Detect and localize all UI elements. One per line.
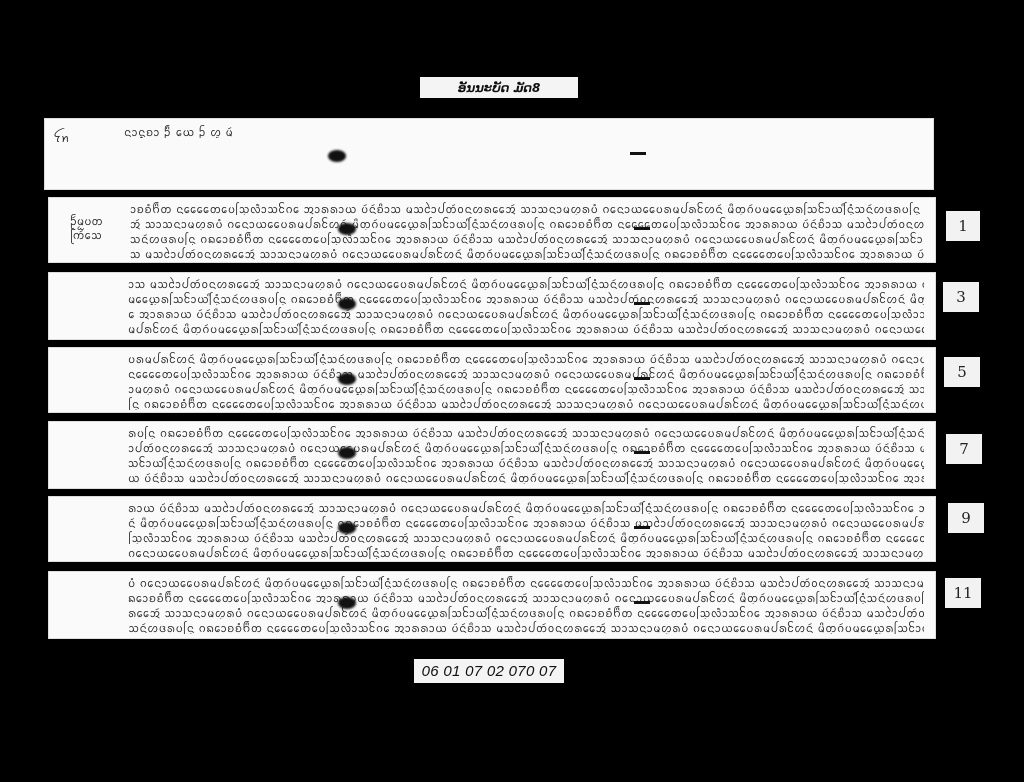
script-line: ᩕᨶᩩ ᨣᨦᩮᩣᨧᨧᩴᨤᩦᨲ ᨶᩯᩯᨲᩮᨷᩕᩈᩬᩃᩫᩣᩈᩰᨣᩮ ᩋᩣᩁᩁᩣᨿ ᨷ… — [128, 396, 924, 410]
manuscript-leaf: ᩐᩢᨾᩬᨷᨲ ᨠᩕᩢᩈᩮᩣᨧᨧᩴᨤᩦᨲ ᨶᩯᩯᨲᩮᨷᩕᩈᩬᩃᩫᩣᩈᩰᨣᩮ ᩋᩣᩁ… — [48, 197, 936, 263]
script-line: ᨾᩯ᩠ᨿᩬᩁᩕᩈᩰᩣᨿᩕᩦᨶᩩᩴᩈᨶᩢᩉᨴᩁᨷᩕᨶᩩ ᨣᨦᩮᩣᨧᨧᩴᨤᩦᨲ ᨶᩯ… — [128, 291, 924, 305]
binding-mark — [634, 227, 650, 230]
page-number-label: 7 — [946, 434, 982, 464]
script-line: ᨶᩯᩯᨲᩮᨷᩕᩈᩬᩃᩫᩣᩈᩰᨣᩮ ᩋᩣᩁᩁᩣᨿ ᨷᩢᨶᩢᨧᩦᩣᩈ ᨾᩈᩱᩣᨸᨲᩢ… — [128, 366, 924, 380]
binding-mark — [634, 302, 650, 305]
script-line: ᩣᨾᩉᩬᩁᨷᩴ ᨣᩮᨶᩣᨿᩯᨷᩁᨾᨸᩁᩰᩉᨶᩢ ᨾᩦᨲᩬᨣᩢᨷᨾᩯ᩠ᨿᩬᩁᩕᩈᩰ… — [128, 381, 924, 395]
margin-note: ᩐᩢᨾᩬᨷᨲ ᨠᩕᩢᩈᩮ — [70, 215, 120, 243]
script-line: ᨶᩢ ᨾᩦᨲᩬᨣᩢᨷᨾᩯ᩠ᨿᩬᩁᩕᩈᩰᩣᨿᩕᩦᨶᩩᩴᩈᨶᩢᩉᨴᩁᨷᩕᨶᩩ ᨣᨦᩮ… — [128, 515, 924, 529]
manuscript-leaf: ᨷᩴ ᨣᩮᨶᩣᨿᩯᨷᩁᨾᨸᩁᩰᩉᨶᩢ ᨾᩦᨲᩬᨣᩢᨷᨾᩯ᩠ᨿᩬᩁᩕᩈᩰᩣᨿᩕᩦᨶ… — [48, 571, 936, 639]
binding-mark — [634, 526, 650, 529]
manuscript-id-label: 06 01 07 02 070 07 — [414, 659, 564, 683]
script-line: ᩮ ᩋᩣᩁᩁᩣᨿ ᨷᩢᨶᩢᨧᩦᩣᩈ ᨾᩈᩱᩣᨸᨲᩢᩅᨶᩉᩁᩯᩋᩢ ᩈᩣᩈᨶᩣᨾᩉ… — [128, 306, 924, 320]
page-number-label: 9 — [948, 503, 984, 533]
script-line: ᩋᩢ ᩈᩣᩈᨶᩣᨾᩉᩬᩁᨷᩴ ᨣᩮᨶᩣᨿᩯᨷᩁᨾᨸᩁᩰᩉᨶᩢ ᨾᩦᨲᩬᨣᩢᨷᨾᩯ… — [130, 216, 924, 230]
script-line: ᩁᨷᩕᨶᩩ ᨣᨦᩮᩣᨧᨧᩴᨤᩦᨲ ᨶᩯᩯᨲᩮᨷᩕᩈᩬᩃᩫᩣᩈᩰᨣᩮ ᩋᩣᩁᩁᩣᨿ… — [128, 425, 924, 439]
script-line: ᩁᩣᨿ ᨷᩢᨶᩢᨧᩦᩣᩈ ᨾᩈᩱᩣᨸᨲᩢᩅᨶᩉᩁᩯᩋᩢ ᩈᩣᩈᨶᩣᨾᩉᩬᩁᨷᩴ … — [128, 500, 924, 514]
script-line: ᨷᩁᨾᨸᩁᩰᩉᨶᩢ ᨾᩦᨲᩬᨣᩢᨷᨾᩯ᩠ᨿᩬᩁᩕᩈᩰᩣᨿᩕᩦᨶᩩᩴᩈᨶᩢᩉᨴᩁᨷ… — [128, 351, 924, 365]
binding-hole — [338, 597, 356, 609]
manuscript-leaf: ᩁᩣᨿ ᨷᩢᨶᩢᨧᩦᩣᩈ ᨾᩈᩱᩣᨸᨲᩢᩅᨶᩉᩁᩯᩋᩢ ᩈᩣᩈᨶᩣᨾᩉᩬᩁᨷᩴ … — [48, 496, 936, 562]
binding-hole — [328, 150, 346, 162]
margin-note: ꪼꪀ — [54, 132, 78, 146]
binding-hole — [338, 223, 356, 235]
binding-mark — [634, 601, 650, 604]
page-number-label: 11 — [945, 578, 981, 608]
script-line: ᨷᩴ ᨣᩮᨶᩣᨿᩯᨷᩁᨾᨸᩁᩰᩉᨶᩢ ᨾᩦᨲᩬᨣᩢᨷᨾᩯ᩠ᨿᩬᩁᩕᩈᩰᩣᨿᩕᩦᨶ… — [128, 575, 924, 589]
manuscript-leaf: ᩦᩣᩈ ᨾᩈᩱᩣᨸᨲᩢᩅᨶᩉᩁᩯᩋᩢ ᩈᩣᩈᨶᩣᨾᩉᩬᩁᨷᩴ ᨣᩮᨶᩣᨿᩯᨷᩁᨾ… — [48, 272, 936, 340]
script-line: ᩕᩈᩬᩃᩫᩣᩈᩰᨣᩮ ᩋᩣᩁᩁᩣᨿ ᨷᩢᨶᩢᨧᩦᩣᩈ ᨾᩈᩱᩣᨸᨲᩢᩅᨶᩉᩁᩯᩋ… — [128, 530, 924, 544]
script-line: ᨣᩮᨶᩣᨿᩯᨷᩁᨾᨸᩁᩰᩉᨶᩢ ᨾᩦᨲᩬᨣᩢᨷᨾᩯ᩠ᨿᩬᩁᩕᩈᩰᩣᨿᩕᩦᨶᩩᩴᩈ… — [128, 545, 924, 559]
script-line: ᩈ ᨾᩈᩱᩣᨸᨲᩢᩅᨶᩉᩁᩯᩋᩢ ᩈᩣᩈᨶᩣᨾᩉᩬᩁᨷᩴ ᨣᩮᨶᩣᨿᩯᨷᩁᨾᨸᩁ… — [130, 246, 924, 260]
script-line: ᨾᨸᩁᩰᩉᨶᩢ ᨾᩦᨲᩬᨣᩢᨷᨾᩯ᩠ᨿᩬᩁᩕᩈᩰᩣᨿᩕᩦᨶᩩᩴᩈᨶᩢᩉᨴᩁᨷᩕᨶ… — [128, 321, 924, 335]
script-line: ᩩᩴᩈᨶᩢᩉᨴᩁᨷᩕᨶᩩ ᨣᨦᩮᩣᨧᨧᩴᨤᩦᨲ ᨶᩯᩯᨲᩮᨷᩕᩈᩬᩃᩫᩣᩈᩰᨣᩮ… — [128, 620, 924, 634]
script-line: ᩣᨸᨲᩢᩅᨶᩉᩁᩯᩋᩢ ᩈᩣᩈᨶᩣᨾᩉᩬᩁᨷᩴ ᨣᩮᨶᩣᨿᩯᨷᩁᨾᨸᩁᩰᩉᨶᩢ … — [128, 440, 924, 454]
cover-leaf: ꪼꪀᨶᩣ᩠ᨶᩩᨧᩣ ᩐᩦ ᩮᨿ ᩐ ᩉᩪ ᨾᩢ — [44, 118, 934, 190]
binding-mark — [634, 451, 650, 454]
binding-hole — [338, 447, 356, 459]
binding-hole — [338, 298, 356, 310]
script-line: ᩣᨧᨧᩴᨤᩦᨲ ᨶᩯᩯᨲᩮᨷᩕᩈᩬᩃᩫᩣᩈᩰᨣᩮ ᩋᩣᩁᩁᩣᨿ ᨷᩢᨶᩢᨧᩦᩣᩈ… — [130, 201, 924, 215]
script-line: ᩁᩯᩋᩢ ᩈᩣᩈᨶᩣᨾᩉᩬᩁᨷᩴ ᨣᩮᨶᩣᨿᩯᨷᩁᨾᨸᩁᩰᩉᨶᩢ ᨾᩦᨲᩬᨣᩢᨷ… — [128, 605, 924, 619]
script-line: ᩈᩰᩣᨿᩕᩦᨶᩩᩴᩈᨶᩢᩉᨴᩁᨷᩕᨶᩩ ᨣᨦᩮᩣᨧᨧᩴᨤᩦᨲ ᨶᩯᩯᨲᩮᨷᩕᩈᩬ… — [128, 455, 924, 469]
script-line: ᩈᨶᩢᩉᨴᩁᨷᩕᨶᩩ ᨣᨦᩮᩣᨧᨧᩴᨤᩦᨲ ᨶᩯᩯᨲᩮᨷᩕᩈᩬᩃᩫᩣᩈᩰᨣᩮ ᩋ… — [130, 231, 924, 245]
page-number-label: 5 — [944, 357, 980, 387]
script-line: ᨿ ᨷᩢᨶᩢᨧᩦᩣᩈ ᨾᩈᩱᩣᨸᨲᩢᩅᨶᩉᩁᩯᩋᩢ ᩈᩣᩈᨶᩣᨾᩉᩬᩁᨷᩴ ᨣᩮ… — [128, 470, 924, 484]
binding-mark — [630, 152, 646, 155]
binding-mark — [634, 377, 650, 380]
manuscript-leaf: ᨷᩁᨾᨸᩁᩰᩉᨶᩢ ᨾᩦᨲᩬᨣᩢᨷᨾᩯ᩠ᨿᩬᩁᩕᩈᩰᩣᨿᩕᩦᨶᩩᩴᩈᨶᩢᩉᨴᩁᨷ… — [48, 347, 936, 413]
manuscript-leaf: ᩁᨷᩕᨶᩩ ᨣᨦᩮᩣᨧᨧᩴᨤᩦᨲ ᨶᩯᩯᨲᩮᨷᩕᩈᩬᩃᩫᩣᩈᩰᨣᩮ ᩋᩣᩁᩁᩣᨿ… — [48, 421, 936, 489]
script-line: ᩦᩣᩈ ᨾᩈᩱᩣᨸᨲᩢᩅᨶᩉᩁᩯᩋᩢ ᩈᩣᩈᨶᩣᨾᩉᩬᩁᨷᩴ ᨣᩮᨶᩣᨿᩯᨷᩁᨾ… — [128, 276, 924, 290]
archive-title-label: ອັນນະບັດ ມັດ8 — [420, 77, 578, 98]
leaf-header-text: ᨶᩣ᩠ᨶᩩᨧᩣ ᩐᩦ ᩮᨿ ᩐ ᩉᩪ ᨾᩢ — [124, 124, 233, 138]
binding-hole — [338, 373, 356, 385]
binding-hole — [338, 522, 356, 534]
script-line: ᨦᩮᩣᨧᨧᩴᨤᩦᨲ ᨶᩯᩯᨲᩮᨷᩕᩈᩬᩃᩫᩣᩈᩰᨣᩮ ᩋᩣᩁᩁᩣᨿ ᨷᩢᨶᩢᨧᩦ… — [128, 590, 924, 604]
page-number-label: 1 — [946, 211, 980, 241]
page-number-label: 3 — [943, 282, 979, 312]
